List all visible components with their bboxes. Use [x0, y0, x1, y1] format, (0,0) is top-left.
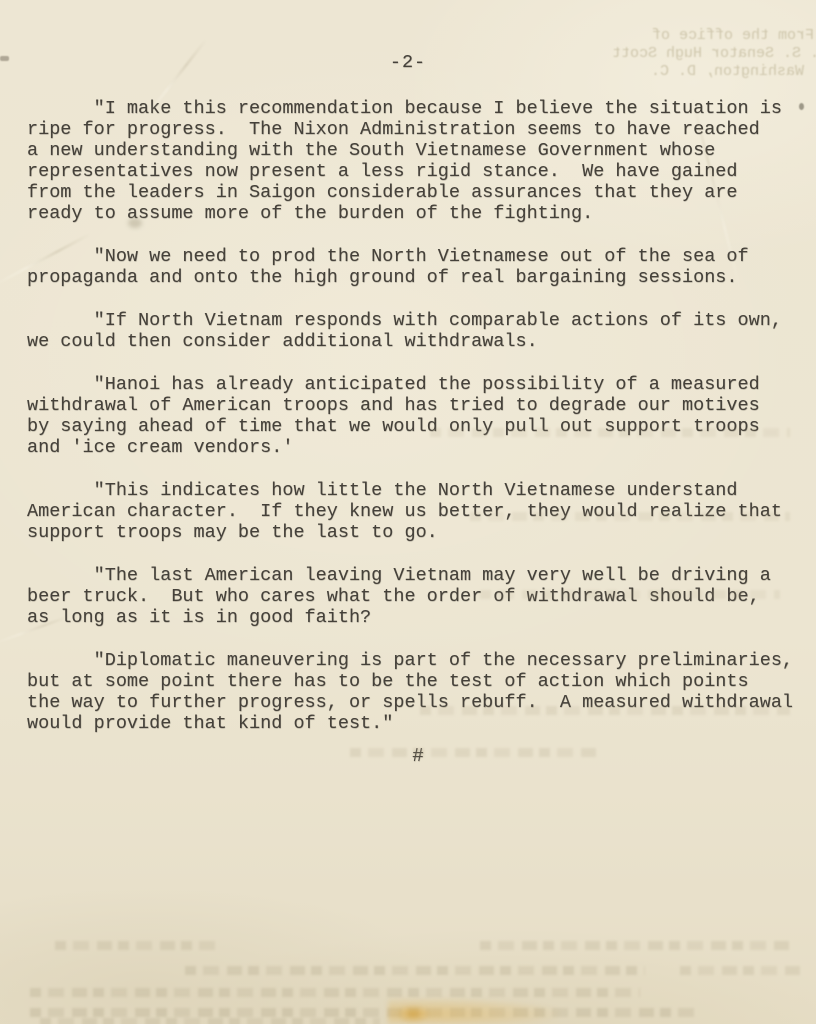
bleed-through-line: [40, 1018, 380, 1024]
ink-speck: [799, 103, 804, 110]
paragraph: "Now we need to prod the North Vietnames…: [27, 246, 799, 288]
paragraph: "I make this recommendation because I be…: [27, 98, 799, 224]
bleed-through-line: [55, 941, 215, 950]
paragraph: "If North Vietnam responds with comparab…: [27, 310, 799, 352]
bleed-through-line: [350, 748, 600, 757]
bleed-through-line: [480, 590, 780, 599]
stain-mark: [396, 1004, 430, 1024]
bleed-through-line: [680, 966, 800, 975]
bleed-through-line: [185, 966, 645, 975]
bleed-through-line: [480, 941, 795, 950]
paragraph: "Diplomatic maneuvering is part of the n…: [27, 650, 799, 734]
smudge-mark: [128, 218, 142, 228]
page-number: -2-: [0, 52, 816, 73]
bleed-through-line: [30, 988, 640, 997]
bleed-through-line: [430, 428, 790, 437]
paragraph: "Hanoi has already anticipated the possi…: [27, 374, 799, 458]
scanned-document-page: From the office of U. S. Senator Hugh Sc…: [0, 0, 816, 1024]
edge-mark: [0, 56, 9, 61]
document-body: "I make this recommendation because I be…: [27, 98, 799, 734]
bleed-through-line: [30, 1008, 700, 1017]
bleed-through-line: From the office of: [574, 27, 814, 45]
bleed-through-line: [470, 512, 790, 521]
bleed-through-line: [420, 706, 790, 715]
